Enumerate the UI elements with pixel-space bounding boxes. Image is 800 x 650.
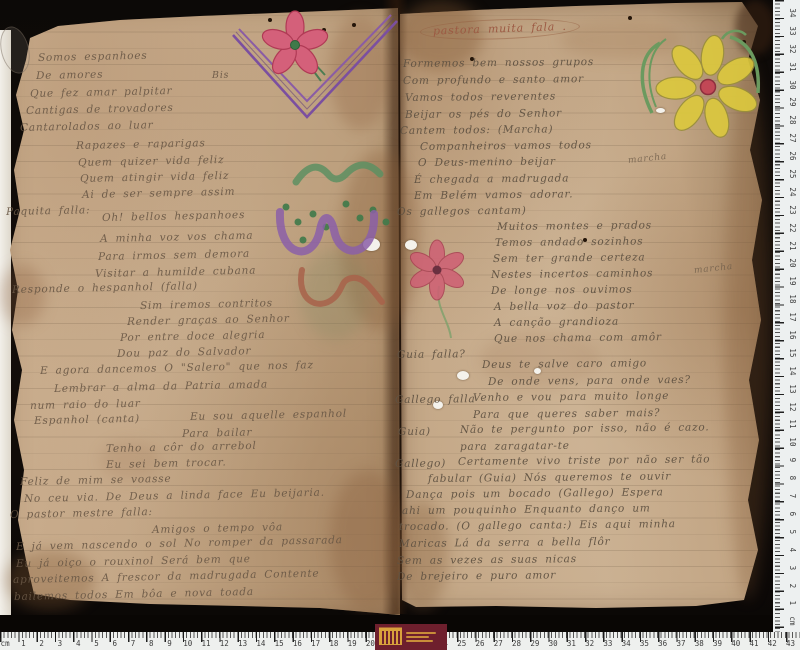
ruler-number: 28 [783, 112, 800, 128]
ruler-number: 19 [343, 639, 361, 648]
ruler-number: 8 [142, 639, 160, 648]
ruler-number: 2 [783, 577, 800, 593]
ruler-number: 9 [160, 639, 178, 648]
ruler-number: 24 [783, 184, 800, 200]
ruler-number: 5 [783, 524, 800, 540]
ruler-number: 17 [783, 309, 800, 325]
ruler-number: 39 [708, 639, 726, 648]
ruler-number: 33 [783, 23, 800, 39]
ruler-number: cm [783, 613, 800, 629]
ruler-number: 6 [106, 639, 124, 648]
ruler-number: 35 [635, 639, 653, 648]
ruler-number: 15 [270, 639, 288, 648]
ruler-number: 12 [215, 639, 233, 648]
ruler-number: 19 [783, 273, 800, 289]
ruler-number: 16 [783, 327, 800, 343]
ruler-number: 12 [783, 399, 800, 415]
ruler-number: 9 [783, 452, 800, 468]
ruler-number: 16 [288, 639, 306, 648]
ruler-number: 26 [471, 639, 489, 648]
ruler-number: 8 [783, 470, 800, 486]
ruler-number: 11 [783, 416, 800, 432]
ruler-number: 23 [783, 202, 800, 218]
ruler-number: 37 [672, 639, 690, 648]
ruler-number: 25 [453, 639, 471, 648]
ruler-number: 3 [51, 639, 69, 648]
scanned-manuscript: Somos espanhoesDe amoresBisQue fez amar … [0, 0, 800, 650]
margin-annotation: marcha [693, 262, 733, 276]
ruler-number: 5 [87, 639, 105, 648]
ruler-number: 34 [783, 5, 800, 21]
ruler-number: 29 [526, 639, 544, 648]
ruler-number: 38 [690, 639, 708, 648]
ruler-number: 42 [763, 639, 781, 648]
ruler-number: 36 [654, 639, 672, 648]
ruler-number: 11 [197, 639, 215, 648]
ruler-number: 21 [783, 238, 800, 254]
ruler-number: 29 [783, 94, 800, 110]
ruler-number: 40 [727, 639, 745, 648]
stamp-text-lines [406, 630, 443, 643]
ruler-number: cm [0, 639, 14, 648]
ruler-number: 32 [783, 41, 800, 57]
vertical-ruler: 3433323130292827262524232221201918171615… [773, 0, 800, 632]
ruler-number: 34 [617, 639, 635, 648]
ruler-number: 30 [544, 639, 562, 648]
ruler-number: 13 [783, 381, 800, 397]
ruler-numbers: 3433323130292827262524232221201918171615… [784, 4, 800, 630]
ruler-number: 4 [69, 639, 87, 648]
ruler-number: 13 [233, 639, 251, 648]
margin-annotations: marchamarcha [0, 0, 800, 650]
ruler-number: 6 [783, 506, 800, 522]
ruler-number: 1 [14, 639, 32, 648]
ruler-number: 7 [124, 639, 142, 648]
ruler-number: 25 [783, 166, 800, 182]
ruler-number: 4 [783, 542, 800, 558]
ruler-number: 20 [783, 255, 800, 271]
ruler-number: 32 [581, 639, 599, 648]
ruler-number: 10 [783, 434, 800, 450]
ruler-number: 28 [507, 639, 525, 648]
ruler-number: 22 [783, 220, 800, 236]
ruler-number: 14 [783, 363, 800, 379]
ruler-number: 3 [783, 560, 800, 576]
ruler-number: 41 [745, 639, 763, 648]
ruler-number: 14 [252, 639, 270, 648]
ruler-number: 2 [33, 639, 51, 648]
ruler-number: 17 [307, 639, 325, 648]
ruler-number: 33 [599, 639, 617, 648]
ruler-number: 27 [489, 639, 507, 648]
ruler-number: 26 [783, 148, 800, 164]
ruler-number: 18 [325, 639, 343, 648]
building-icon [379, 630, 402, 645]
margin-annotation: marcha [627, 152, 667, 166]
ruler-number: 43 [781, 639, 799, 648]
ruler-number: 30 [783, 77, 800, 93]
ruler-number: 15 [783, 345, 800, 361]
library-stamp [375, 624, 447, 650]
ruler-number: 31 [562, 639, 580, 648]
ruler-number: 7 [783, 488, 800, 504]
ruler-number: 10 [179, 639, 197, 648]
ruler-number: 1 [783, 595, 800, 611]
ruler-number: 27 [783, 130, 800, 146]
ruler-number: 18 [783, 291, 800, 307]
ruler-number: 31 [783, 59, 800, 75]
